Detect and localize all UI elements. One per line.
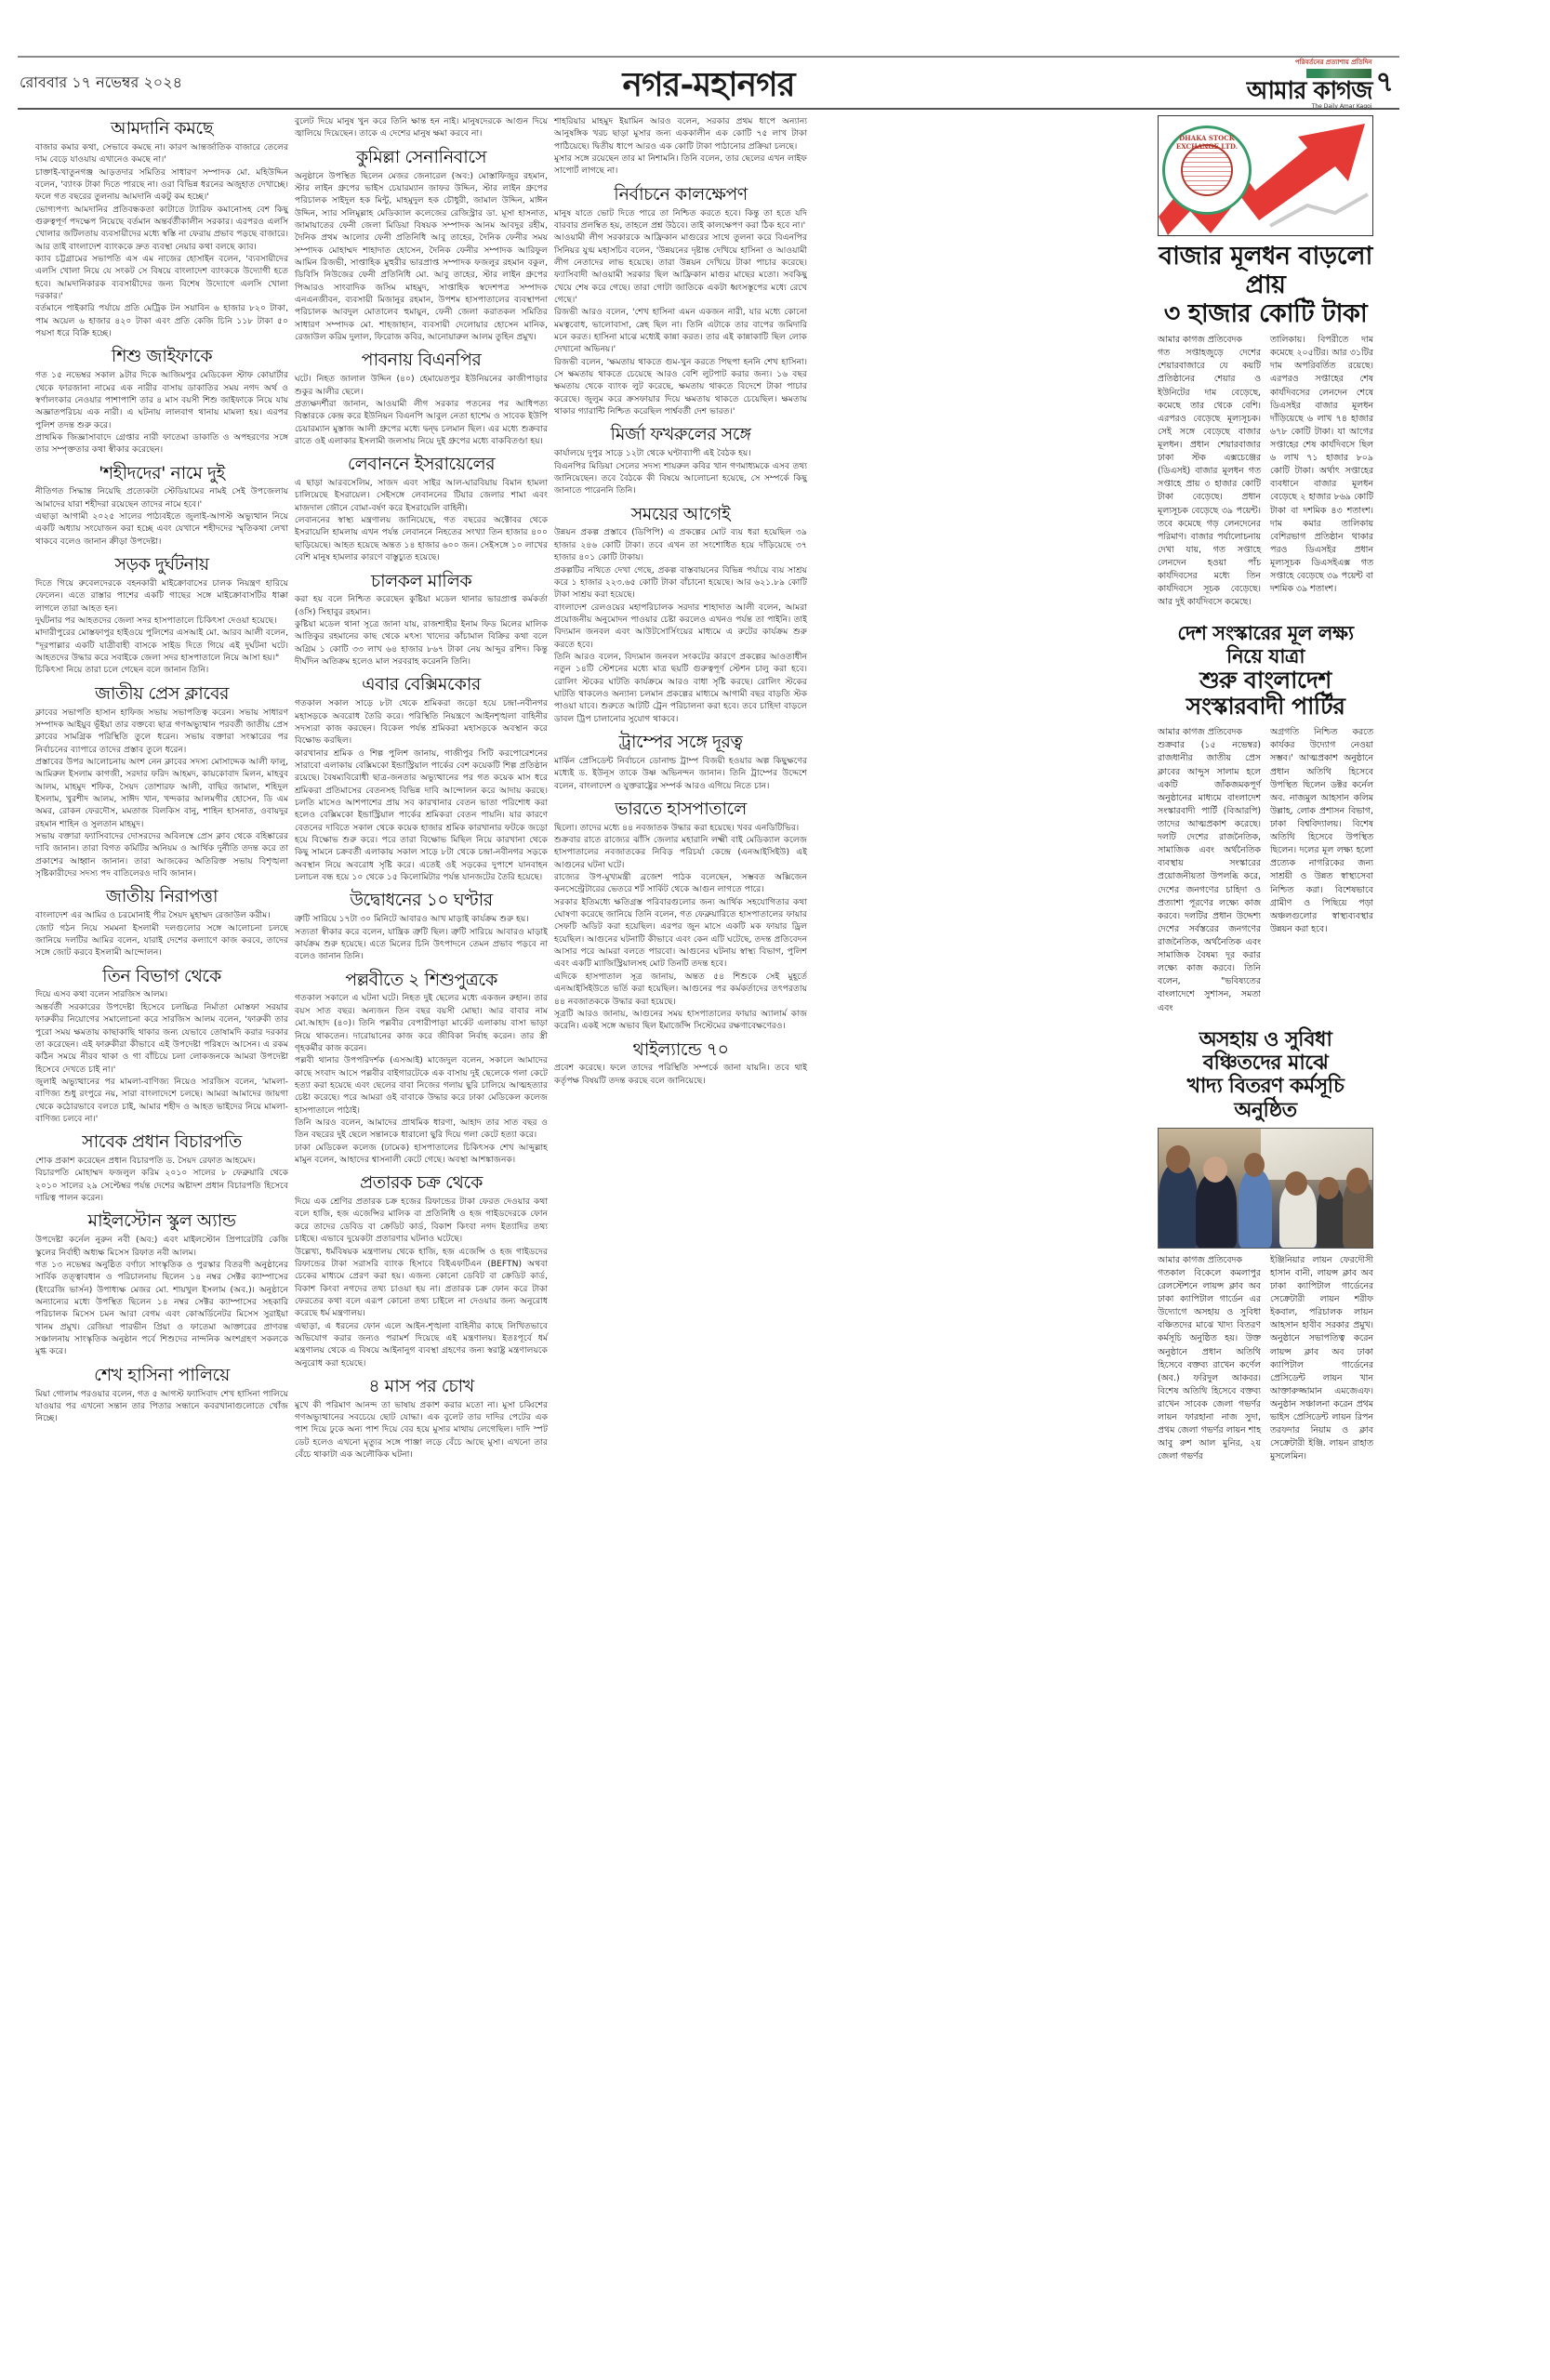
story-paragraph: আওয়ামী লীগ সরকারকে আফ্রিকান মাগুরের সাথ…	[554, 231, 807, 306]
story-paragraph: দুর্ঘটনার পর আহতদের জেলা সদর হাসপাতালে চ…	[35, 615, 288, 627]
story-headline: উদ্বোধনের ১০ ঘণ্টার	[295, 891, 548, 911]
story-headline: আমদানি কমছে	[35, 119, 288, 139]
story-headline: পল্লবীতে ২ শিশুপুত্রকে	[295, 971, 548, 991]
story-paragraph: শুক্রবার রাতে রাজ্যের ঝাঁসি জেলার মহারান…	[554, 834, 807, 871]
headline-line-1: অসহায় ও সুবিধা বঞ্চিতদের মাঝে	[1199, 1028, 1332, 1075]
story-paragraph: কারখানার শ্রমিক ও শিল্প পুলিশ জানায়, গা…	[295, 747, 548, 884]
story-hasina-fled: শেখ হাসিনা পালিয়ে মিয়া গোলাম পরওয়ার ব…	[35, 1366, 288, 1425]
story-paragraph: চিকিৎসা নিয়ে তারা চলে গেছেন বলে জানান ত…	[35, 664, 288, 676]
story-headline: শেখ হাসিনা পালিয়ে	[35, 1366, 288, 1386]
story-paragraph: জোট গঠন নিয়ে সমমনা ইসলামী দলগুলোর সঙ্গে…	[35, 922, 288, 959]
story-paragraph: প্রকল্পটির নথিতে দেখা গেছে, প্রকল্প বাস্…	[554, 564, 807, 602]
story-election-delay: নির্বাচনে কালক্ষেপণ মানুষ যাতে ভোট দিতে …	[554, 185, 807, 418]
stock-story-body: আমার কাগজ প্রতিবেদক গত সপ্তাহজুড়ে দেশের…	[1158, 334, 1373, 609]
brand-name: আমার কাগজ	[1247, 79, 1372, 103]
story-paragraph: অন্তর্বর্তী সরকারের উপদেষ্টা হিসেবে চলচ্…	[35, 1001, 288, 1076]
story-paragraph: মাদারীপুরের মোস্তফাপুর হাইওয়ে পুলিশের এ…	[35, 627, 288, 664]
stock-headline: বাজার মূলধন বাড়লো প্রায় ৩ হাজার কোটি ট…	[1158, 242, 1373, 328]
story-pabna-bnp: পাবনায় বিএনপির ঘটে। নিহত জালাল উদ্দিন (…	[295, 350, 548, 447]
story-paragraph: চাক্তাই-খাতুনগঞ্জ আড়তদার সমিতির সাধারণ …	[35, 166, 288, 204]
story-headline: তিন বিভাগ থেকে	[35, 967, 288, 987]
story-paragraph: তালিকায়। বিপরীতে দাম কমেছে ২০৫টির। আর ৩…	[1270, 334, 1373, 596]
story-paragraph: বুলেট দিয়ে মানুষ খুন করে তিনি ক্ষান্ত হ…	[295, 115, 548, 140]
story-headline: ৪ মাস পর চোখ	[295, 1377, 548, 1397]
story-india-hospital: ভারতে হাসপাতালে ছিলো। তাদের মধ্যে ৪৪ নবজ…	[554, 800, 807, 1033]
story-rice-mill-owner: চালকল মালিক করা হয় বলে নিশ্চিত করেছেন ক…	[295, 572, 548, 668]
stock-exchange-image: DHAKA STOCK EXCHANGE LTD.	[1158, 115, 1373, 236]
brand-skyline-icon	[1306, 69, 1371, 78]
story-paragraph: ছিলো। তাদের মধ্যে ৪৪ নবজাতক উদ্ধার করা হ…	[554, 822, 807, 834]
story-paragraph: এছাড়া আগামী ২০২৫ সালের পাঠ্যবইতে জুলাই-…	[35, 510, 288, 548]
story-paragraph: জুলাই অভ্যুত্থানের পর মামলা-বাণিজ্য নিয়…	[35, 1076, 288, 1125]
story-paragraph: গতকাল বিকেলে কমলাপুর রেলস্টেশনে লায়ন্স …	[1158, 1267, 1261, 1464]
food-story-body: আমার কাগজ প্রতিবেদক গতকাল বিকেলে কমলাপুর…	[1158, 1254, 1373, 1464]
story-paragraph: শুক্রবার (১৫ নভেম্বর) রাজধানীর জাতীয় প্…	[1158, 739, 1261, 1014]
story-paragraph: গতকাল সকালে এ ঘটনা ঘটে। নিহত দুই ছেলের ম…	[295, 992, 548, 1054]
byline: আমার কাগজ প্রতিবেদক	[1158, 1254, 1261, 1267]
story-paragraph: গত সপ্তাহজুড়ে দেশের শেয়ারবাজারে যে কয়…	[1158, 347, 1261, 609]
story-paragraph: নীতিগত সিদ্ধান্ত নিয়েছি প্রত্যেকটা স্টে…	[35, 485, 288, 510]
story-paragraph: মার্কিন প্রেসিডেন্ট নির্বাচনে ডোনাল্ড ট্…	[554, 755, 807, 792]
story-paragraph: ঘটে। নিহত জালাল উদ্দিন (৪০) হেমায়েতপুর …	[295, 373, 548, 398]
story-paragraph: দিয়ে এক শ্রেণির প্রতারক চক্র হজের রিফান…	[295, 1196, 548, 1245]
story-paragraph: দিয়ে এসব কথা বলেন সারজিস আলম।	[35, 988, 288, 1000]
story-paragraph: কার্যালয়ে দুপুর সাড়ে ১২টা থেকে ঘণ্টাব্…	[554, 447, 807, 459]
story-continuation: বুলেট দিয়ে মানুষ খুন করে তিনি ক্ষান্ত হ…	[295, 115, 548, 140]
story-paragraph: সরকার ইতিমধ্যে ক্ষতিগ্রস্ত পরিবারগুলোর জ…	[554, 896, 807, 971]
story-paragraph: ত্রুটি সারিয়ে ১৭টা ৩০ মিনিটে আবারও আখ ম…	[295, 913, 548, 925]
story-headline: মাইলস্টোন স্কুল অ্যান্ড	[35, 1211, 288, 1232]
story-paragraph: শাহরিয়ার মাহমুদ ইয়ামিন আরও বলেন, সরকার…	[554, 115, 807, 152]
story-thailand: থাইল্যান্ডে ৭০ প্রবেশ করেছে। ফলে তাদের প…	[554, 1040, 807, 1088]
story-paragraph: ঢাকা মেডিকেল কলেজ (ঢামেক) হাসপাতালের চিক…	[295, 1142, 548, 1167]
story-paragraph: শোক প্রকাশ করেছেন প্রধান বিচারপতি ড. সৈয…	[35, 1155, 288, 1167]
story-trump-distance: ট্রাম্পের সঙ্গে দূরত্ব মার্কিন প্রেসিডেন…	[554, 733, 807, 792]
story-paragraph: বাংলাদেশ এর আমির ও চরমোনাই পীর সৈয়দ মুহ…	[35, 909, 288, 921]
story-paragraph: মিয়া গোলাম পরওয়ার বলেন, গত ৫ আগস্ট ফ্য…	[35, 1388, 288, 1425]
story-paragraph: ক্লাবের সভাপতি হাসান হাফিজ সভায় সভাপতিত…	[35, 707, 288, 756]
story-milestone-school: মাইলস্টোন স্কুল অ্যান্ড উপদেষ্টা কর্নেল …	[35, 1211, 288, 1357]
story-child-zaifa: শিশু জাইফাকে গত ১৫ নভেম্বর সকাল ৯টার দিক…	[35, 347, 288, 456]
story-fraud-ring: প্রতারক চক্র থেকে দিয়ে এক শ্রেণির প্রতা…	[295, 1173, 548, 1369]
story-paragraph: সত্যতা স্বীকার করে বলেন, যান্ত্রিক ত্রুট…	[295, 926, 548, 963]
brand-english: The Daily Amar Kagoj	[1312, 103, 1372, 110]
story-headline: প্রতারক চক্র থেকে	[295, 1173, 548, 1194]
story-paragraph: তিনি আরও বলেন, আমাদের প্রাথমিক ধারণা, আহ…	[295, 1117, 548, 1142]
story-paragraph: প্রস্তাবের উপর আলোচনায় অংশ নেন ক্লাবের …	[35, 756, 288, 830]
story-mirza-fakhrul: মির্জা ফখরুলের সঙ্গে কার্যালয়ে দুপুর সা…	[554, 425, 807, 496]
story-headline: পাবনায় বিএনপির	[295, 350, 548, 371]
story-paragraph: উন্নয়ন প্রকল্প প্রস্তাবে (ডিপিপি) এ প্র…	[554, 526, 807, 563]
section-title: নগর-মহানগর	[622, 59, 794, 115]
story-paragraph: কুষ্টিয়া মডেল থানা সূত্রে জানা যায়, রা…	[295, 618, 548, 668]
story-paragraph: তিনি আরও বলেন, বিদ্যমান জনবল সংকটের কারণ…	[554, 651, 807, 725]
headline-line-1: দেশ সংস্কারের মূল লক্ষ্য নিয়ে যাত্রা	[1177, 622, 1353, 667]
story-paragraph: মুসার সঙ্গে রয়েছেন তার মা নিশামনি। তিনি…	[554, 152, 807, 178]
story-paragraph: উল্লেখ্য, ধর্মবিষয়ক মন্ত্রণালয় থেকে হা…	[295, 1246, 548, 1320]
byline: আমার কাগজ প্রতিবেদক	[1158, 334, 1261, 347]
story-paragraph: লেবাননের স্বাস্থ্য মন্ত্রণালয় জানিয়েছে…	[295, 514, 548, 563]
story-paragraph: সভায় বক্তারা ফ্যাসিবাদের দোসরদের অবিলম্…	[35, 830, 288, 879]
story-former-chief-justice: সাবেক প্রধান বিচারপতি শোক প্রকাশ করেছেন …	[35, 1132, 288, 1204]
story-paragraph: প্রত্যক্ষদর্শীরা জানান, আওয়ামী লীগ সরকা…	[295, 398, 548, 447]
story-ahead-of-time: সময়ের আগেই উন্নয়ন প্রকল্প প্রস্তাবে (ড…	[554, 505, 807, 725]
story-paragraph: পল্লবী থানার উপপরিদর্শক (এসআই) মাজেদুল ব…	[295, 1054, 548, 1117]
headline-line-2: খাদ্য বিতরণ কর্মসূচি অনুষ্ঠিত	[1187, 1075, 1345, 1121]
story-paragraph: প্রাথমিক জিজ্ঞাসাবাদে গ্রেপ্তার নারী ফাত…	[35, 431, 288, 456]
story-paragraph: রিজভী আরও বলেন, 'শেখ হাসিনা এমন একজন নার…	[554, 306, 807, 355]
story-paragraph: মুখে কী পরিমাণ আনন্দ তা ভাষায় প্রকাশ কর…	[295, 1399, 548, 1461]
story-headline: সময়ের আগেই	[554, 505, 807, 525]
story-headline: ট্রাম্পের সঙ্গে দূরত্ব	[554, 733, 807, 753]
story-eye-after-4-months: ৪ মাস পর চোখ মুখে কী পরিমাণ আনন্দ তা ভাষ…	[295, 1377, 548, 1461]
story-paragraph: সূত্রটি আরও জানায়, আগুনের সময় হাসপাতাল…	[554, 1008, 807, 1033]
column-4: DHAKA STOCK EXCHANGE LTD. বাজার মূলধন বা…	[1158, 115, 1373, 1464]
reform-party-headline: দেশ সংস্কারের মূল লক্ষ্য নিয়ে যাত্রা শু…	[1158, 622, 1373, 721]
story-paragraph: গত ১৫ নভেম্বর সকাল ৯টার দিকে আজিমপুর মেড…	[35, 369, 288, 431]
dse-seal-icon: DHAKA STOCK EXCHANGE LTD.	[1162, 126, 1252, 215]
column-3: শাহরিয়ার মাহমুদ ইয়ামিন আরও বলেন, সরকার…	[554, 115, 807, 1094]
reform-story-body: আমার কাগজ প্রতিবেদক শুক্রবার (১৫ নভেম্বর…	[1158, 726, 1373, 1014]
story-national-security: জাতীয় নিরাপত্তা বাংলাদেশ এর আমির ও চরমো…	[35, 887, 288, 959]
story-lebanon-israel: লেবাননে ইসরায়েলের এ ছাড়া আরবসেলিম, সাজ…	[295, 455, 548, 563]
headline-line-2: শুরু বাংলাদেশ সংস্কারবাদী পার্টির	[1186, 667, 1345, 721]
page-number: ৭	[1375, 59, 1394, 107]
story-paragraph: এ ছাড়া আরবসেলিম, সাজদ এবং সাইর আল-ঘারবি…	[295, 477, 548, 514]
story-headline: থাইল্যান্ডে ৭০	[554, 1040, 807, 1061]
brand-logo: পরিবর্তনের প্রত্যাশায় প্রতিদিন আমার কাগ…	[1247, 57, 1372, 110]
story-headline: মির্জা ফখরুলের সঙ্গে	[554, 425, 807, 445]
story-paragraph: এছাড়া, এ ধরনের ফোন এলে আইন-শৃঙ্খলা বাহি…	[295, 1320, 548, 1369]
story-paragraph: প্রবেশ করেছে। ফলে তাদের পরিস্থিতি সম্পর্…	[554, 1062, 807, 1087]
story-paragraph: ভোগ্যপণ্য আমদানির প্রতিবন্ধকতা কাটাতে ট্…	[35, 204, 288, 253]
story-comilla-cantonment: কুমিল্লা সেনানিবাসে অনুষ্ঠানে উপস্থিত ছি…	[295, 148, 548, 344]
story-paragraph: অনুষ্ঠানে উপস্থিত ছিলেন মেজর জেনারেল (অব…	[295, 170, 548, 344]
story-headline: নির্বাচনে কালক্ষেপণ	[554, 185, 807, 205]
story-paragraph: গতকাল সকাল সাড়ে ৮টা থেকে শ্রমিকরা জড়ো …	[295, 697, 548, 747]
seal-text: DHAKA STOCK EXCHANGE LTD.	[1165, 134, 1249, 151]
story-paragraph: বিচারপতি মোহাম্মদ ফজলুল করিম ২০১০ সালের …	[35, 1167, 288, 1204]
story-paragraph: রাজ্যের উপ-মুখ্যমন্ত্রী ব্রজেশ পাঠক বলেছ…	[554, 871, 807, 896]
page-masthead: রোববার ১৭ নভেম্বর ২০২৪ নগর-মহানগর পরিবর্…	[18, 56, 1399, 110]
column-2: বুলেট দিয়ে মানুষ খুন করে তিনি ক্ষান্ত হ…	[295, 115, 548, 1469]
brand-tagline: পরিবর্তনের প্রত্যাশায় প্রতিদিন	[1295, 57, 1372, 68]
story-road-accident: সড়ক দুর্ঘটনায় দিতে গিয়ে রুবেলদেরকে বহ…	[35, 555, 288, 677]
story-martyrs-names: 'শহীদদের' নামে দুই নীতিগত সিদ্ধান্ত নিয়…	[35, 464, 288, 549]
story-press-club: জাতীয় প্রেস ক্লাবের ক্লাবের সভাপতি হাসা…	[35, 684, 288, 880]
story-three-divisions: তিন বিভাগ থেকে দিয়ে এসব কথা বলেন সারজিস…	[35, 967, 288, 1126]
story-beximco: এবার বেক্সিমকোর গতকাল সকাল সাড়ে ৮টা থেক…	[295, 675, 548, 883]
story-headline: লেবাননে ইসরায়েলের	[295, 455, 548, 475]
story-headline: কুমিল্লা সেনানিবাসে	[295, 148, 548, 168]
story-paragraph: দিতে গিয়ে রুবেলদেরকে বহনকারী মাইক্রোবাস…	[35, 577, 288, 615]
story-paragraph: বর্তমানে পাইকারি পর্যায়ে প্রতি মেট্রিক …	[35, 302, 288, 339]
story-paragraph: গত ১৩ নভেম্বর অনুষ্ঠিত বর্ণাঢ্য সাংস্কৃত…	[35, 1259, 288, 1358]
story-pallabi: পল্লবীতে ২ শিশুপুত্রকে গতকাল সকালে এ ঘটন…	[295, 971, 548, 1167]
story-headline: 'শহীদদের' নামে দুই	[35, 464, 288, 484]
story-paragraph: বিএনপির মিডিয়া সেলের সদস্য শায়রুল কবির…	[554, 460, 807, 497]
story-paragraph: রিজভী বলেন, 'ক্ষমতায় থাকতে গুম-খুন করতে…	[554, 356, 807, 418]
story-headline: সাবেক প্রধান বিচারপতি	[35, 1132, 288, 1153]
headline-line-1: বাজার মূলধন বাড়লো প্রায়	[1159, 242, 1372, 299]
story-paragraph: ইঞ্জিনিয়ার লায়ন ফেরদৌসী হাসান বানী, লা…	[1270, 1254, 1373, 1464]
newspaper-brand: পরিবর্তনের প্রত্যাশায় প্রতিদিন আমার কাগ…	[1247, 57, 1394, 110]
story-import-decline: আমদানি কমছে বাজার কমার কথা, সেভাবে কমছে …	[35, 119, 288, 339]
food-distribution-headline: অসহায় ও সুবিধা বঞ্চিতদের মাঝে খাদ্য বিত…	[1158, 1028, 1373, 1122]
story-headline: ভারতে হাসপাতালে	[554, 800, 807, 820]
story-paragraph: উপদেষ্টা কর্নেল নুরুন নবী (অব:) এবং মাইল…	[35, 1234, 288, 1259]
story-paragraph: এদিকে হাসপাতাল সূত্র জানায়, অন্তত ৫৪ শি…	[554, 971, 807, 1008]
story-sugar-mill: উদ্বোধনের ১০ ঘণ্টার ত্রুটি সারিয়ে ১৭টা …	[295, 891, 548, 962]
food-distribution-photo	[1158, 1128, 1373, 1249]
byline: আমার কাগজ প্রতিবেদক	[1158, 726, 1261, 739]
story-paragraph: বাংলাদেশ রেলওয়ের মহাপরিচালক সরদার শাহাদ…	[554, 602, 807, 651]
story-paragraph: বাজার কমার কথা, সেভাবে কমছে না। কারণ আন্…	[35, 141, 288, 166]
story-headline: জাতীয় প্রেস ক্লাবের	[35, 684, 288, 705]
column-1: আমদানি কমছে বাজার কমার কথা, সেভাবে কমছে …	[35, 115, 288, 1433]
story-highway: শাহরিয়ার মাহমুদ ইয়ামিন আরও বলেন, সরকার…	[554, 115, 807, 178]
headline-line-2: ৩ হাজার কোটি টাকা	[1164, 299, 1367, 328]
story-headline: জাতীয় নিরাপত্তা	[35, 887, 288, 907]
issue-date: রোববার ১৭ নভেম্বর ২০২৪	[20, 71, 182, 96]
story-paragraph: অগ্রগতি নিশ্চিত করতে কার্যকর উদ্যোগ নেওয…	[1270, 726, 1373, 936]
story-paragraph: মানুষ যাতে ভোট দিতে পারে তা নিশ্চিত করতে…	[554, 207, 807, 232]
story-headline: চালকল মালিক	[295, 572, 548, 592]
story-headline: এবার বেক্সিমকোর	[295, 675, 548, 695]
story-headline: সড়ক দুর্ঘটনায়	[35, 555, 288, 575]
story-paragraph: করা হয় বলে নিশ্চিত করেছেন কুষ্টিয়া মডে…	[295, 593, 548, 618]
story-paragraph: ক্যাব চট্টগ্রামের সভাপতি এস এম নাজের হোস…	[35, 253, 288, 302]
story-headline: শিশু জাইফাকে	[35, 347, 288, 367]
